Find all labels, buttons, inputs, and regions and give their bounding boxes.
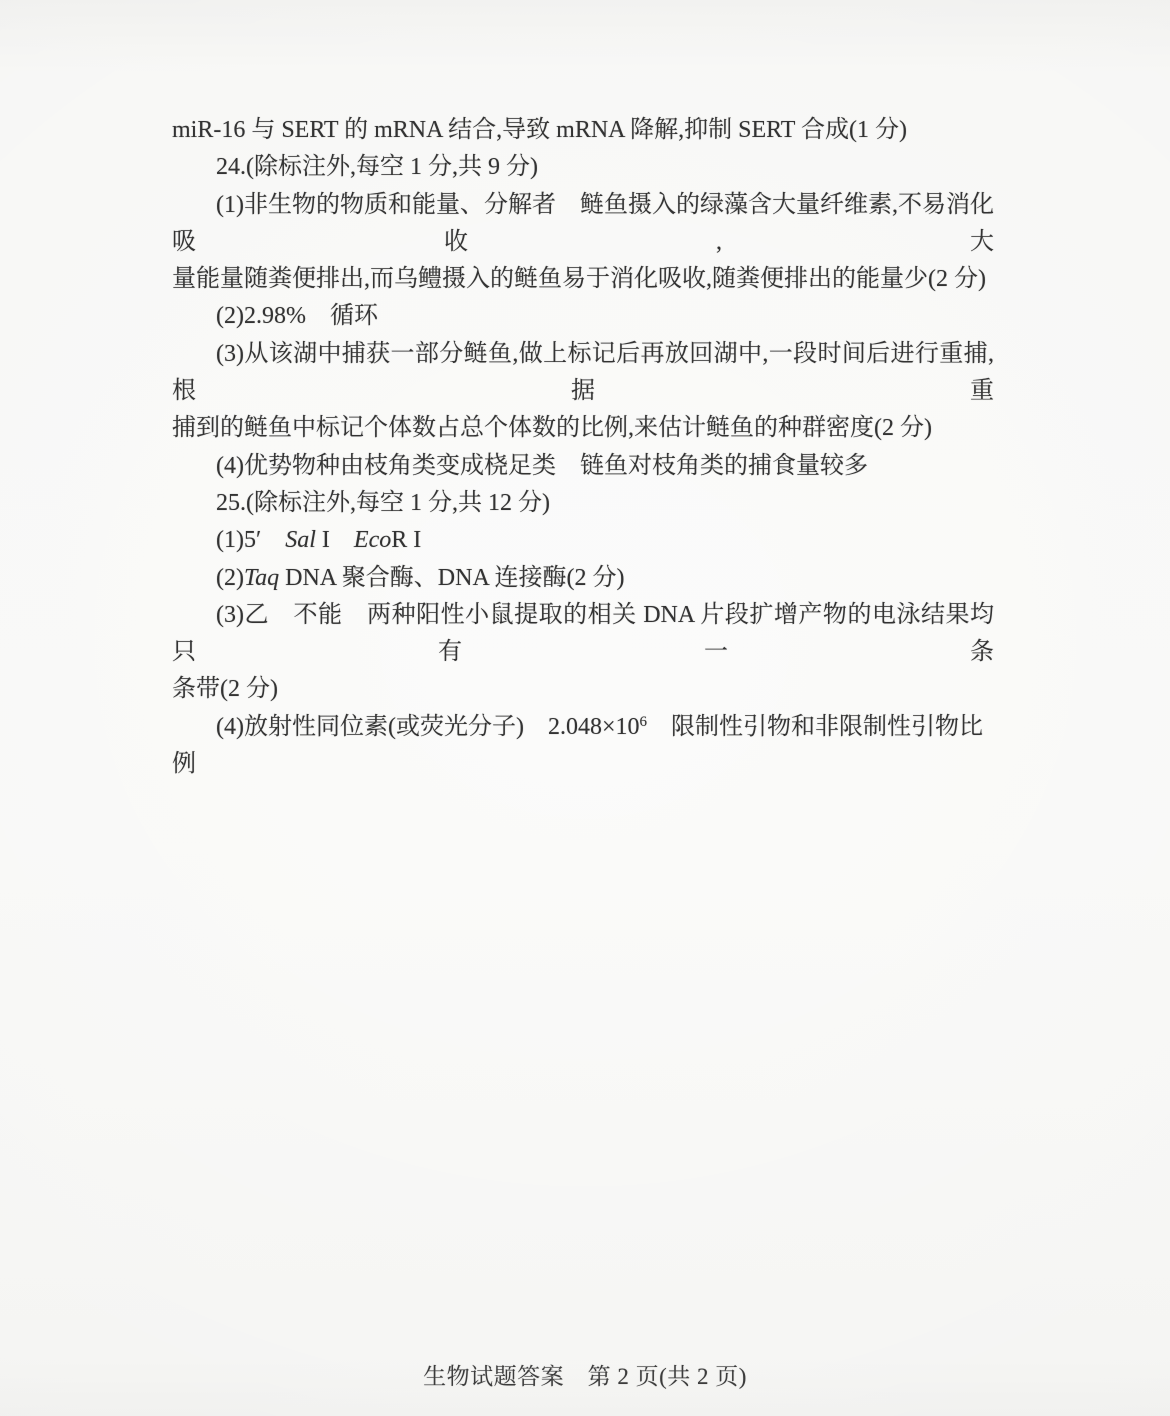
- answer-25-2: (2)Taq DNA 聚合酶、DNA 连接酶(2 分): [172, 560, 994, 597]
- text-segment: 6: [640, 714, 648, 730]
- answer-24-3-line-2: 捕到的鲢鱼中标记个体数占总个体数的比例,来估计鲢鱼的种群密度(2 分): [172, 410, 994, 447]
- text-segment: 25.(除标注外,每空 1 分,共 12 分): [216, 490, 550, 516]
- answer-25-4: (4)放射性同位素(或荧光分子) 2.048×106 限制性引物和非限制性引物比…: [172, 709, 994, 784]
- text-segment: miR-16 与 SERT 的 mRNA 结合,导致 mRNA 降解,抑制 SE…: [172, 117, 907, 143]
- answer-25-3-line-1: (3)乙 不能 两种阳性小鼠提取的相关 DNA 片段扩增产物的电泳结果均只有一条: [172, 597, 994, 672]
- question-25-header: 25.(除标注外,每空 1 分,共 12 分): [172, 485, 994, 522]
- answer-24-3-line-1: (3)从该湖中捕获一部分鲢鱼,做上标记后再放回湖中,一段时间后进行重捕,根据重: [172, 336, 994, 411]
- text-segment: (1)5′: [216, 527, 285, 553]
- text-segment: 条带(2 分): [172, 676, 278, 702]
- text-segment: 24.(除标注外,每空 1 分,共 9 分): [216, 154, 538, 180]
- answer-25-1: (1)5′ Sal I EcoR I: [172, 522, 994, 559]
- text-segment: (3)从该湖中捕获一部分鲢鱼,做上标记后再放回湖中,一段时间后进行重捕,根据重: [172, 341, 994, 404]
- page-footer: 生物试题答案 第 2 页(共 2 页): [0, 1358, 1170, 1391]
- answer-sheet-page: miR-16 与 SERT 的 mRNA 结合,导致 mRNA 降解,抑制 SE…: [0, 0, 1170, 1416]
- answer-24-1-line-2: 量能量随粪便排出,而乌鳢摄入的鲢鱼易于消化吸收,随粪便排出的能量少(2 分): [172, 261, 994, 298]
- text-segment: (2): [216, 565, 244, 591]
- text-segment: Eco: [354, 527, 391, 553]
- text-segment: 捕到的鲢鱼中标记个体数占总个体数的比例,来估计鲢鱼的种群密度(2 分): [172, 415, 932, 441]
- answer-25-3-line-2: 条带(2 分): [172, 671, 994, 708]
- answer-24-2: (2)2.98% 循环: [172, 298, 994, 335]
- text-segment: (4)放射性同位素(或荧光分子) 2.048×10: [216, 714, 640, 740]
- answer-24-1-line-1: (1)非生物的物质和能量、分解者 鲢鱼摄入的绿藻含大量纤维素,不易消化吸收,大: [172, 187, 994, 262]
- text-segment: (3)乙 不能 两种阳性小鼠提取的相关 DNA 片段扩增产物的电泳结果均只有一条: [172, 602, 994, 665]
- text-segment: (4)优势物种由枝角类变成桡足类 链鱼对枝角类的捕食量较多: [216, 453, 868, 479]
- text-segment: Taq: [244, 565, 279, 591]
- text-segment: R I: [391, 527, 421, 553]
- answer-23-continuation: miR-16 与 SERT 的 mRNA 结合,导致 mRNA 降解,抑制 SE…: [172, 112, 994, 149]
- question-24-header: 24.(除标注外,每空 1 分,共 9 分): [172, 149, 994, 186]
- text-segment: I: [316, 527, 354, 553]
- text-segment: (1)非生物的物质和能量、分解者 鲢鱼摄入的绿藻含大量纤维素,不易消化吸收,大: [172, 192, 994, 255]
- text-segment: (2)2.98% 循环: [216, 303, 378, 329]
- answer-24-4: (4)优势物种由枝角类变成桡足类 链鱼对枝角类的捕食量较多: [172, 448, 994, 485]
- text-segment: DNA 聚合酶、DNA 连接酶(2 分): [279, 565, 624, 591]
- answer-text-block: miR-16 与 SERT 的 mRNA 结合,导致 mRNA 降解,抑制 SE…: [172, 112, 994, 783]
- text-segment: 量能量随粪便排出,而乌鳢摄入的鲢鱼易于消化吸收,随粪便排出的能量少(2 分): [172, 266, 986, 292]
- text-segment: Sal: [285, 527, 316, 553]
